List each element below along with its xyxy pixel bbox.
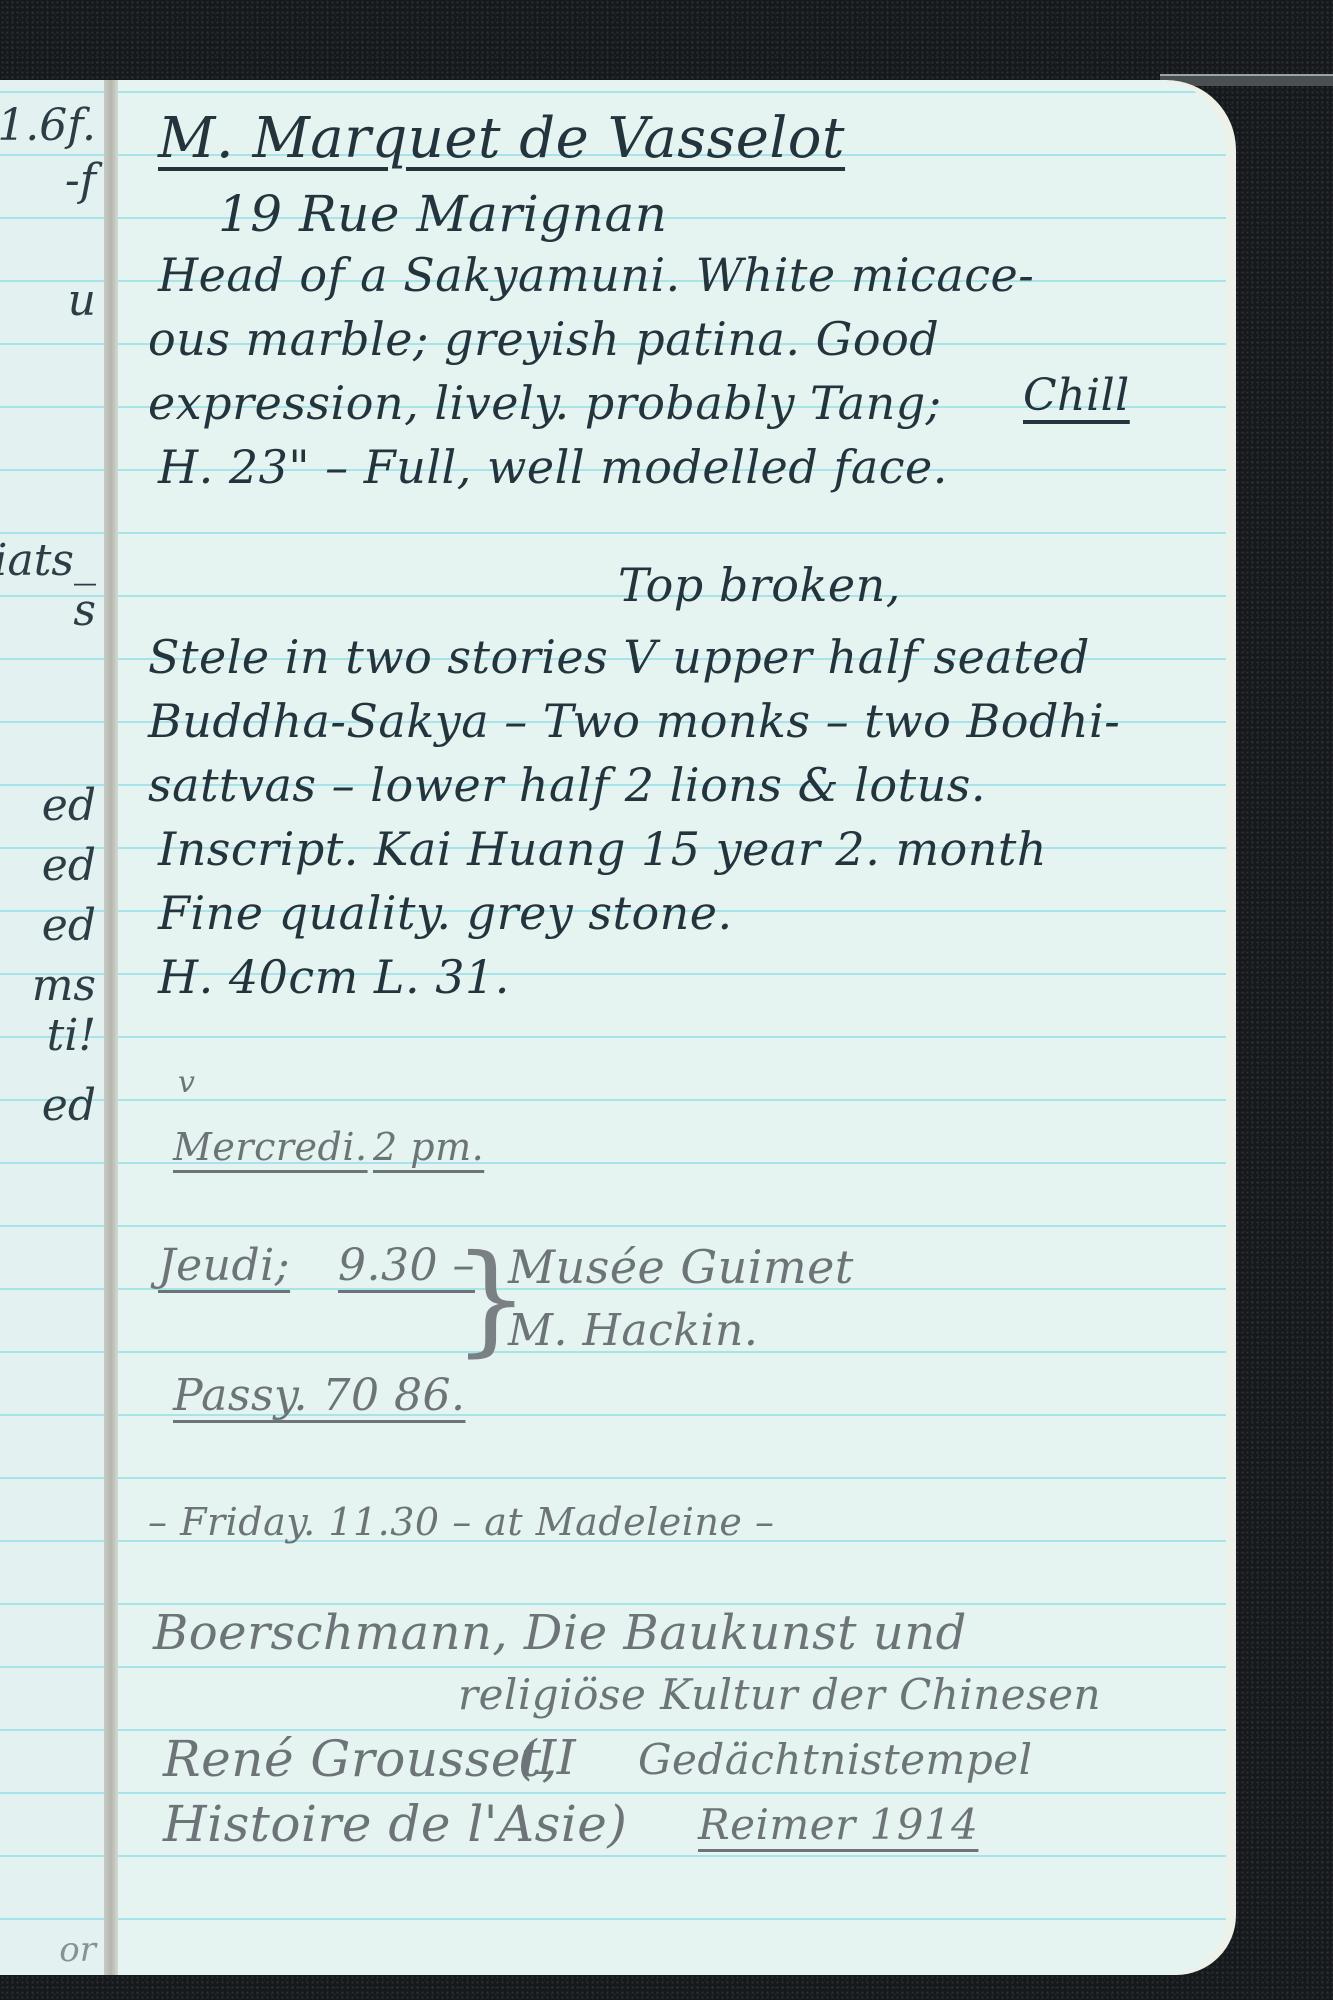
reference-line: Boerschmann, Die Baukunst und [153, 1605, 967, 1661]
left-fragment: -f [65, 155, 96, 206]
phone-number: Passy. 70 86. [173, 1370, 465, 1421]
left-fragment: ed [42, 780, 96, 831]
left-fragment: ed [42, 1080, 96, 1131]
entry2-line: Inscript. Kai Huang 15 year 2. month [158, 822, 1047, 876]
entry2-insert-note: Top broken, [618, 558, 901, 612]
reference-author: René Grousset, [163, 1730, 558, 1788]
entry2-line: Stele in two stories V upper half seated [148, 630, 1090, 684]
entry2-line: Buddha-Sakya – Two monks – two Bodhi- [148, 694, 1120, 748]
wednesday-day: Mercredi. [173, 1125, 368, 1169]
reference-publisher: Reimer 1914 [698, 1800, 978, 1849]
reference-volume: (II [518, 1730, 576, 1786]
entry2-line: Fine quality. grey stone. [158, 886, 733, 940]
entry1-inline-note: Chill [1023, 370, 1130, 421]
bracket-note: M. Hackin. [508, 1305, 758, 1356]
entry2-line: H. 40cm L. 31. [158, 950, 510, 1004]
reference-title: Histoire de l'Asie) [163, 1795, 627, 1853]
left-fragment: ms [32, 960, 96, 1011]
tick-mark: v [178, 1065, 195, 1100]
entry1-line: Head of a Sakyamuni. White micace- [158, 248, 1034, 302]
notebook-gutter [104, 80, 118, 1975]
thursday-day: Jeudi; [158, 1240, 290, 1291]
heading-name: M. Marquet de Vasselot [158, 106, 845, 171]
left-fragment: u [68, 275, 96, 326]
left-page: 1.6f. -f u iats_ s ed ed ed ms ti! ed or [0, 80, 104, 1975]
wednesday-time: 2 pm. [373, 1125, 484, 1169]
entry1-line: ous marble; greyish patina. Good [148, 312, 939, 366]
entry1-line: expression, lively. probably Tang; [148, 376, 942, 430]
entry1-line: H. 23" – Full, well modelled face. [158, 440, 948, 494]
bracket-note: Musée Guimet [508, 1240, 854, 1294]
reference-german: Gedächtnistempel [638, 1735, 1033, 1784]
left-fragment: 1.6f. [0, 100, 96, 151]
left-fragment: ti! [47, 1010, 96, 1061]
left-fragment: iats_ [0, 535, 96, 586]
right-page: M. Marquet de Vasselot 19 Rue Marignan H… [118, 80, 1236, 1975]
entry2-line: sattvas – lower half 2 lions & lotus. [148, 758, 986, 812]
reference-line: religiöse Kultur der Chinesen [458, 1670, 1101, 1719]
friday-appointment: – Friday. 11.30 – at Madeleine – [148, 1500, 775, 1544]
heading-address: 19 Rue Marignan [218, 185, 667, 243]
left-fragment: ed [42, 900, 96, 951]
left-fragment: or [59, 1930, 96, 1970]
left-fragment: ed [42, 840, 96, 891]
left-fragment: s [73, 585, 96, 636]
